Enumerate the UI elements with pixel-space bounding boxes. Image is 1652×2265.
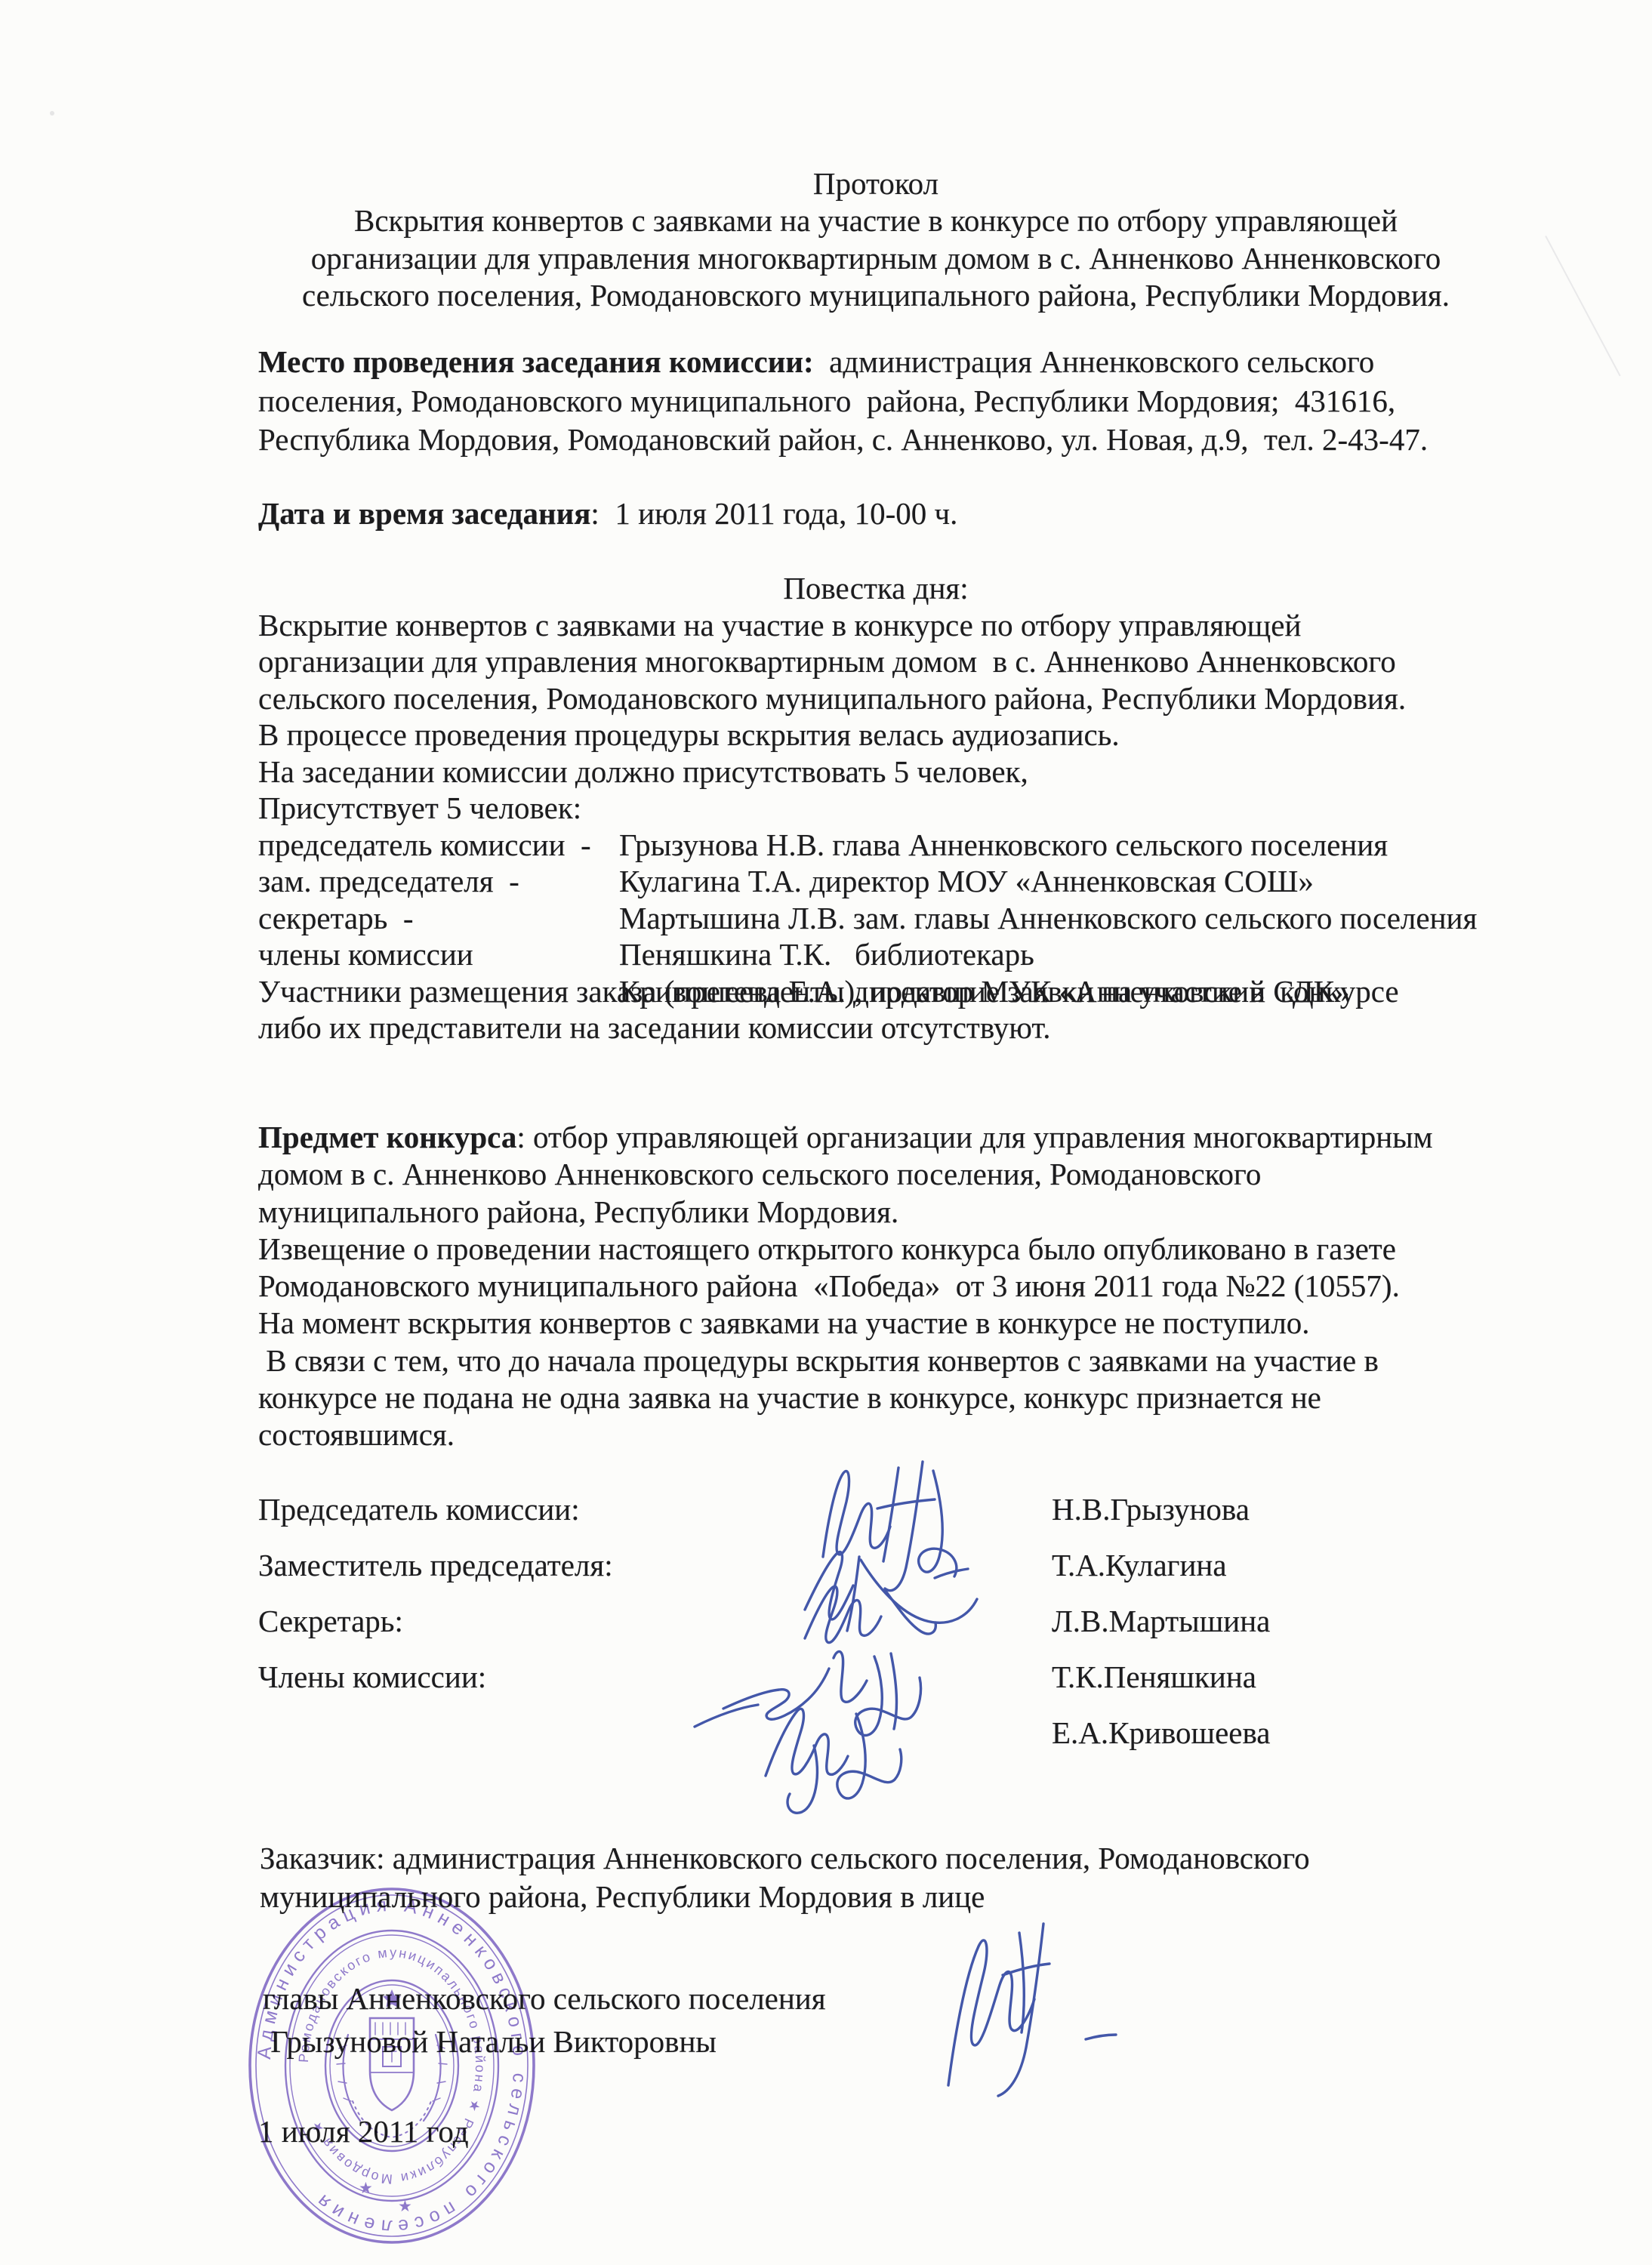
- text-line: домом в с. Анненково Анненковского сельс…: [258, 1156, 1587, 1193]
- stamp-star-icon: ★: [359, 2180, 373, 2197]
- signature-role-label: Члены комиссии:: [258, 1659, 486, 1695]
- signature-block: Председатель комиссии:Н.В.ГрызуноваЗамес…: [258, 1491, 1542, 1770]
- text-line: председатель комиссии - Грызунова Н.В. г…: [258, 827, 1587, 863]
- text-line: В связи с тем, что до начала процедуры в…: [258, 1342, 1587, 1379]
- signature-row: Е.А.Кривошеева: [258, 1715, 1542, 1770]
- text-line: На момент вскрытия конвертов с заявками …: [258, 1305, 1587, 1342]
- text-line: Вскрытия конвертов с заявками на участие…: [185, 202, 1567, 239]
- text-line: поселения, Ромодановского муниципального…: [258, 382, 1542, 421]
- text-line: конкурсе не подана не одна заявка на уча…: [258, 1379, 1587, 1416]
- subject-paragraph: Предмет конкурса: отбор управляющей орга…: [258, 1119, 1587, 1454]
- text-line: состоявшимся.: [258, 1416, 1587, 1453]
- signature-person-name: Л.В.Мартышина: [1052, 1603, 1270, 1639]
- text-line: Предмет конкурса: отбор управляющей орга…: [258, 1119, 1587, 1156]
- text-line: Вскрытие конвертов с заявками на участие…: [258, 607, 1587, 643]
- text-line: На заседании комиссии должно присутствов…: [258, 753, 1587, 790]
- text-line: организации для управления многоквартирн…: [258, 643, 1587, 679]
- signature-person-name: Т.А.Кулагина: [1052, 1547, 1227, 1583]
- round-seal-stamp: Администрация Анненковского сельского по…: [247, 1885, 537, 2246]
- text-line: зам. председателя -Кулагина Т.А. директо…: [258, 863, 1587, 899]
- agenda-heading: Повестка дня:: [185, 570, 1567, 606]
- text-line: В процессе проведения процедуры вскрытия…: [258, 716, 1587, 753]
- agenda-heading-text: Повестка дня:: [185, 570, 1567, 606]
- bold-label: Дата и время заседания: [258, 496, 590, 531]
- second-column-text: Пеняшкина Т.К. библиотекарь: [619, 936, 1034, 972]
- signature-role-label: Заместитель председателя:: [258, 1547, 613, 1583]
- text-line: члены комиссииПеняшкина Т.К. библиотекар…: [258, 936, 1587, 972]
- second-column-text: Мартышина Л.В. зам. главы Анненковского …: [619, 900, 1477, 936]
- second-column-text: Грызунова Н.В. глава Анненковского сельс…: [619, 827, 1388, 863]
- signature-row: Секретарь:Л.В.Мартышина: [258, 1603, 1542, 1659]
- scanned-protocol-document: ПротоколВскрытия конвертов с заявками на…: [0, 0, 1652, 2265]
- scan-dot-artifact: [50, 111, 54, 116]
- stamp-emblem: [337, 2018, 447, 2137]
- text-line: организации для управления многоквартирн…: [185, 240, 1567, 277]
- signature-row: Члены комиссии:Т.К.Пеняшкина: [258, 1659, 1542, 1715]
- signature-role-label: Председатель комиссии:: [258, 1491, 580, 1527]
- signature-row: Председатель комиссии:Н.В.Грызунова: [258, 1491, 1542, 1547]
- signature-person-name: Е.А.Кривошеева: [1052, 1715, 1271, 1751]
- text-line: секретарь -Мартышина Л.В. зам. главы Анн…: [258, 900, 1587, 936]
- stamp-top-star-icon: [383, 1989, 401, 2008]
- text-line: Республика Мордовия, Ромодановский район…: [258, 421, 1542, 460]
- signature-person-name: Н.В.Грызунова: [1052, 1491, 1250, 1527]
- text-line: Присутствует 5 человек:: [258, 790, 1587, 826]
- text-line: Дата и время заседания: 1 июля 2011 года…: [258, 495, 1542, 532]
- text-line: Извещение о проведении настоящего открыт…: [258, 1231, 1587, 1268]
- meeting-datetime-line: Дата и время заседания: 1 июля 2011 года…: [258, 495, 1542, 532]
- signature-role-label: Секретарь:: [258, 1603, 403, 1639]
- text-line: сельского поселения, Ромодановского муни…: [258, 680, 1587, 716]
- bold-label: Место проведения заседания комиссии:: [258, 344, 814, 379]
- text-line: сельского поселения, Ромодановского муни…: [185, 277, 1567, 314]
- text-line: Участники размещения заказа (претенденты…: [258, 973, 1587, 1009]
- signature-person-name: Т.К.Пеняшкина: [1052, 1659, 1256, 1695]
- second-column-text: Кулагина Т.А. директор МОУ «Анненковская…: [619, 863, 1314, 899]
- signature-row: Заместитель председателя:Т.А.Кулагина: [258, 1547, 1542, 1603]
- text-line: Протокол: [185, 165, 1567, 202]
- text-line: Ромодановского муниципального района «По…: [258, 1268, 1587, 1305]
- document-title: ПротоколВскрытия конвертов с заявками на…: [185, 165, 1567, 314]
- meeting-place-paragraph: Место проведения заседания комиссии: адм…: [258, 343, 1542, 460]
- text-line: либо их представители на заседании комис…: [258, 1009, 1587, 1046]
- text-line: муниципального района, Республики Мордов…: [258, 1194, 1587, 1231]
- text-line: Заказчик: администрация Анненковского се…: [260, 1839, 1543, 1878]
- text-line: Место проведения заседания комиссии: адм…: [258, 343, 1542, 382]
- agenda-paragraph: Вскрытие конвертов с заявками на участие…: [258, 607, 1587, 1046]
- stamp-star-icon: ★: [398, 2198, 412, 2215]
- bold-label: Предмет конкурса: [258, 1120, 516, 1154]
